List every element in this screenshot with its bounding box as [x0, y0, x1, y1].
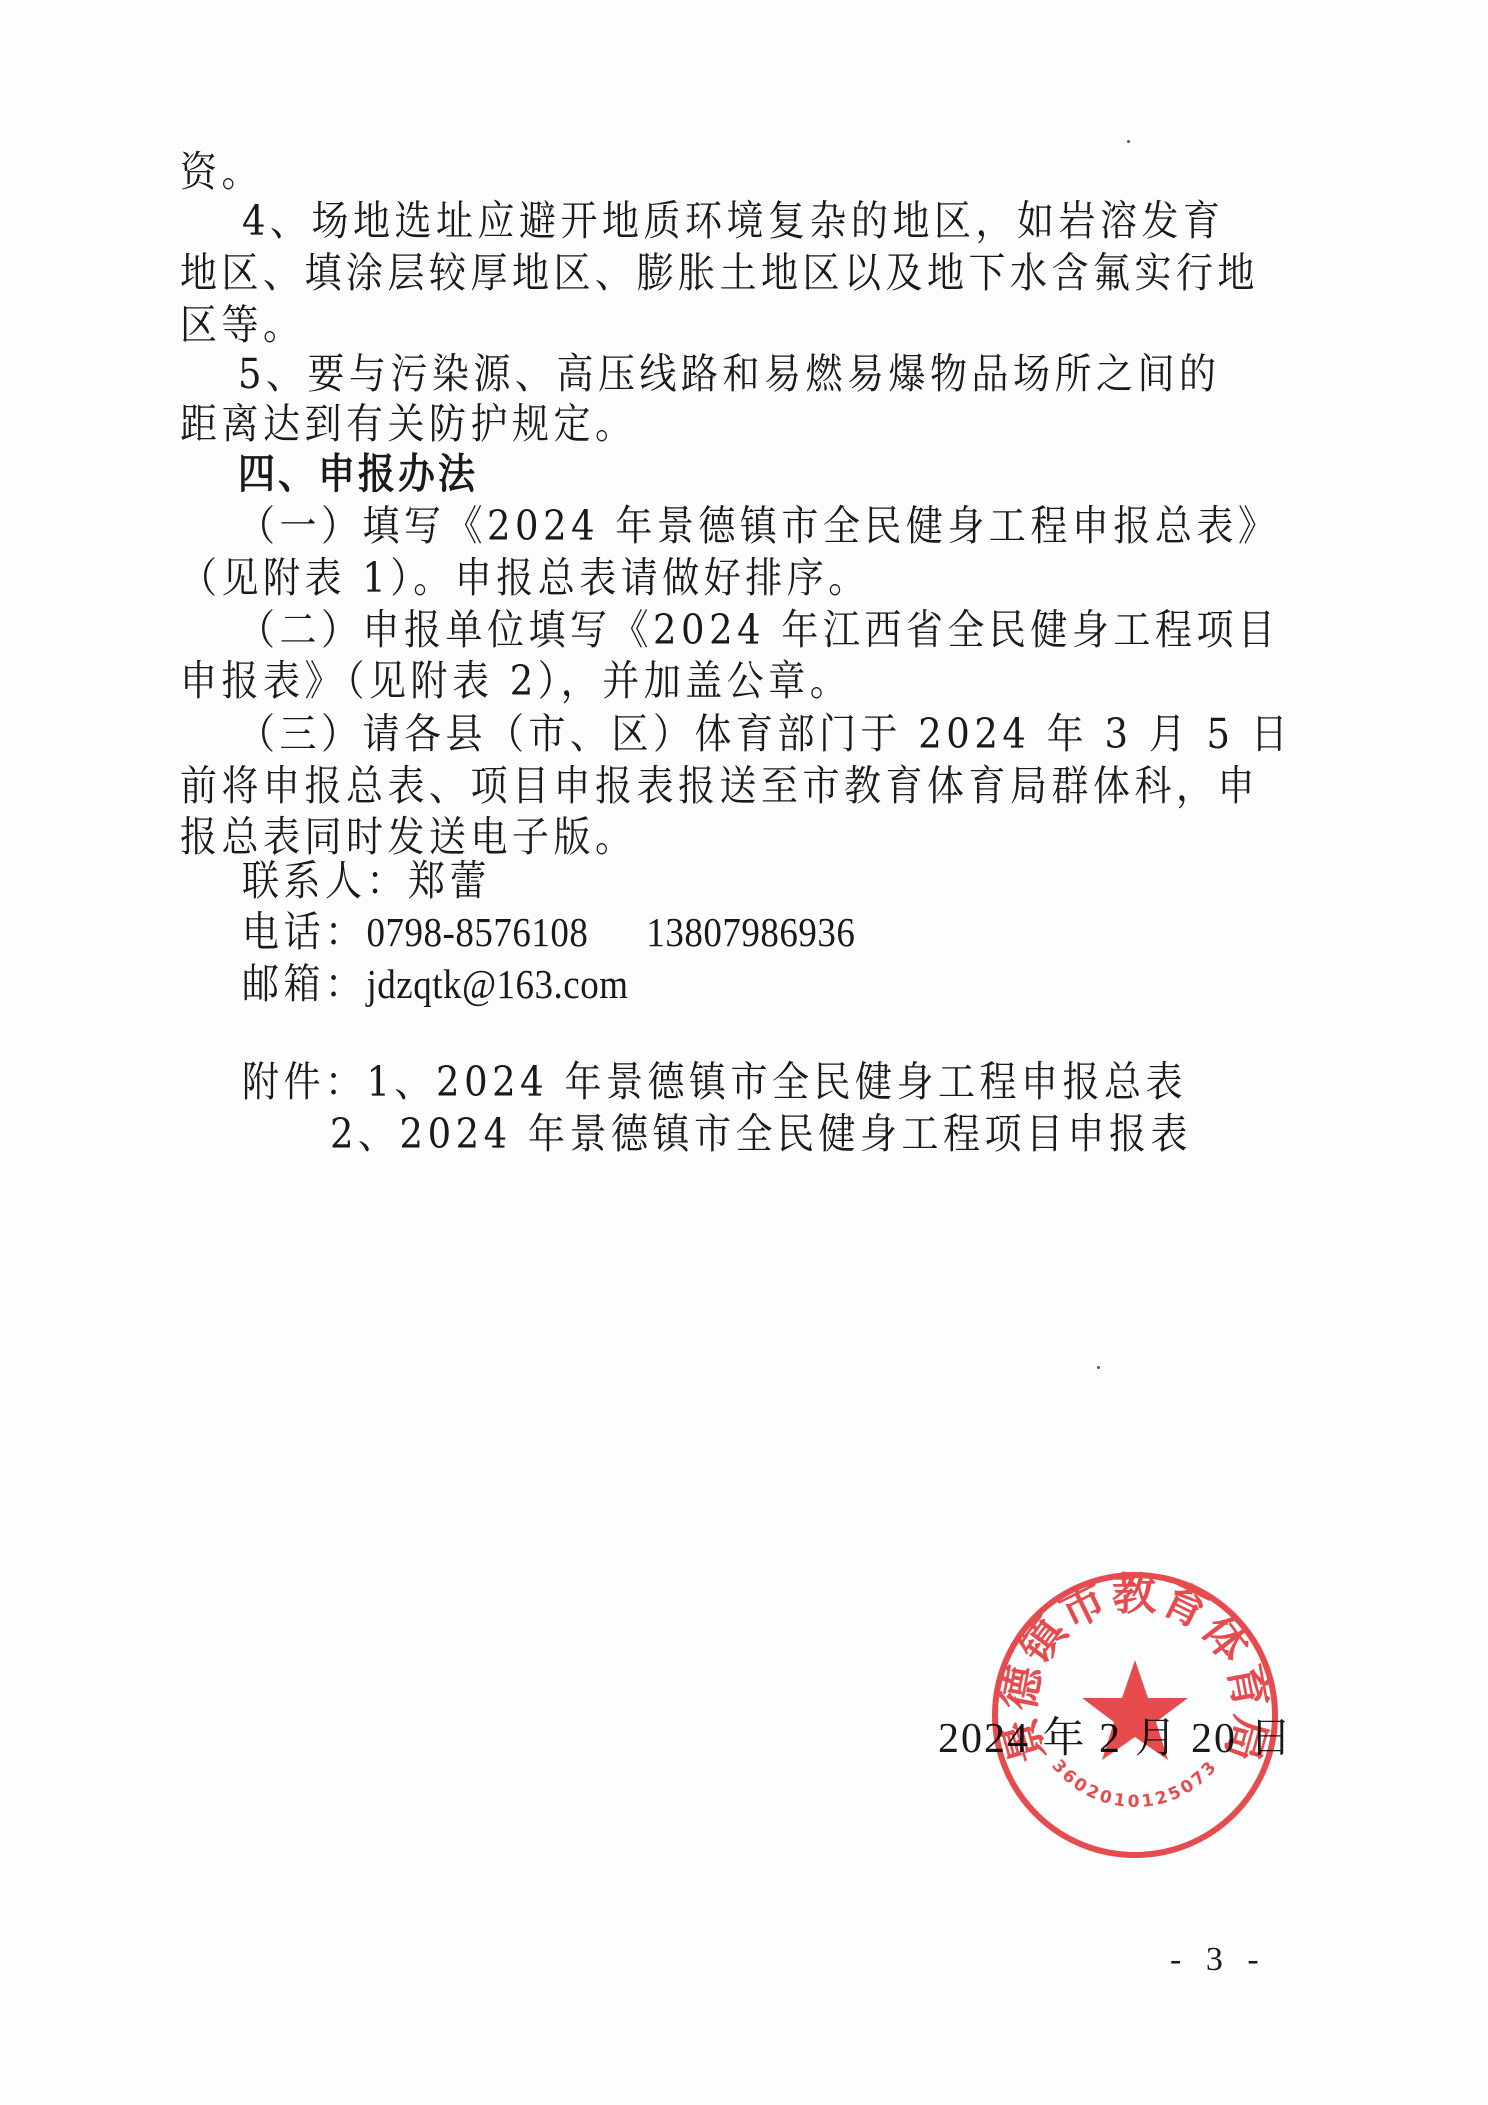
section-heading: 四、申报办法: [238, 450, 478, 499]
text-line: 前将申报总表、项目申报表报送至市教育体育局群体科，申: [180, 762, 1259, 811]
text-line: 区等。: [180, 301, 305, 350]
seal-code: 3602010125073: [1048, 1756, 1223, 1812]
text-line: 距离达到有关防护规定。: [180, 400, 637, 449]
contact-phone-mobile: 13807986936: [646, 910, 855, 956]
contact-email: 邮箱：jdzqtk@163.com: [242, 960, 629, 1010]
text-line: （三）请各县（市、区）体育部门于 2024 年 3 月 5 日: [238, 710, 1292, 759]
contact-phone-label: 电话：: [242, 908, 367, 956]
contact-person: 联系人：郑蕾: [242, 857, 491, 906]
contact-email-address[interactable]: jdzqtk@163.com: [367, 962, 629, 1008]
attachment-item: 1、2024 年景德镇市全民健身工程申报总表: [367, 1058, 1187, 1106]
text-line: 5、要与污染源、高压线路和易燃易爆物品场所之间的: [238, 350, 1221, 399]
text-line: （见附表 1）。申报总表请做好排序。: [180, 554, 870, 603]
text-line: 报总表同时发送电子版。: [180, 813, 637, 862]
contact-phone: 电话：0798-857610813807986936: [242, 908, 855, 958]
attachment-item: 2、2024 年景德镇市全民健身工程项目申报表: [330, 1110, 1192, 1159]
text-line: 4、场地选址应避开地质环境复杂的地区，如岩溶发育: [242, 197, 1225, 246]
attachments-line-1: 附件：1、2024 年景德镇市全民健身工程申报总表: [242, 1058, 1187, 1107]
page-number: - 3 -: [1170, 1940, 1267, 1980]
contact-phone-landline: 0798-8576108: [367, 910, 589, 956]
contact-person-label: 联系人：: [242, 857, 408, 905]
official-seal-icon: 景德镇市教育体育局 3602010125073: [985, 1565, 1285, 1865]
text-line: 资。: [180, 148, 263, 197]
text-line: （二）申报单位填写《2024 年江西省全民健身工程项目: [238, 606, 1279, 655]
attachments-label: 附件：: [242, 1058, 367, 1106]
contact-email-label: 邮箱：: [242, 960, 367, 1008]
text-line: 地区、填涂层较厚地区、膨胀土地区以及地下水含氟实行地: [180, 249, 1259, 298]
svg-text:3602010125073: 3602010125073: [1048, 1756, 1223, 1812]
document-page: 资。 4、场地选址应避开地质环境复杂的地区，如岩溶发育 地区、填涂层较厚地区、膨…: [0, 0, 1488, 2105]
contact-person-name: 郑蕾: [408, 857, 491, 905]
scan-speck: [1127, 140, 1130, 143]
text-line: （一）填写《2024 年景德镇市全民健身工程申报总表》: [238, 502, 1279, 551]
scan-speck: [1097, 1366, 1100, 1369]
text-line: 申报表》（见附表 2），并加盖公章。: [180, 657, 851, 706]
